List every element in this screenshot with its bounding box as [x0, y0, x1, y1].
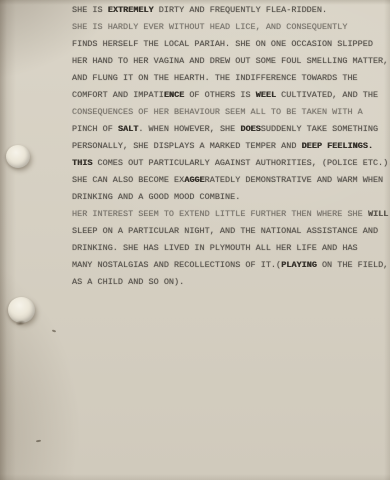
text-segment: DRINKING. SHE HAS LIVED IN PLYMOUTH ALL … [72, 243, 358, 253]
text-segment: MANY NOSTALGIAS AND RECOLLECTIONS OF IT.… [72, 260, 281, 270]
text-segment: PINCH OF [72, 124, 118, 134]
text-segment: ON THE FIELD, [317, 260, 388, 270]
text-segment: DIRTY AND FREQUENTLY FLEA-RIDDEN. [154, 5, 327, 15]
text-segment: AS A CHILD AND SO ON). [72, 277, 184, 287]
text-line: SLEEP ON A PARTICULAR NIGHT, AND THE NAT… [72, 223, 388, 240]
text-line: THIS COMES OUT PARTICULARLY AGAINST AUTH… [72, 155, 388, 172]
text-line: DRINKING AND A GOOD MOOD COMBINE. [72, 189, 388, 206]
text-segment: HER INTEREST SEEM TO EXTEND LITTLE FURTH… [72, 209, 368, 219]
text-line: SHE IS HARDLY EVER WITHOUT HEAD LICE, AN… [72, 19, 388, 36]
text-segment: DRINKING AND A GOOD MOOD COMBINE. [72, 192, 240, 202]
text-line: AS A CHILD AND SO ON). [72, 274, 388, 291]
text-line: AND FLUNG IT ON THE HEARTH. THE INDIFFER… [72, 70, 388, 87]
text-segment: HER HAND TO HER VAGINA AND DREW OUT SOME… [72, 56, 388, 66]
text-segment: CULTIVATED, AND THE [276, 90, 378, 100]
text-segment: COMES OUT PARTICULARLY AGAINST AUTHORITI… [92, 158, 390, 168]
paper-speck [36, 440, 41, 443]
text-line: MANY NOSTALGIAS AND RECOLLECTIONS OF IT.… [72, 257, 388, 274]
paper-speck [52, 329, 56, 332]
text-line: DRINKING. SHE HAS LIVED IN PLYMOUTH ALL … [72, 240, 388, 257]
text-segment: . WHEN HOWEVER, SHE [138, 124, 240, 134]
text-line: SHE CAN ALSO BECOME EXAGGERATEDLY DEMONS… [72, 172, 388, 189]
text-line: COMFORT AND IMPATIENCE OF OTHERS IS WEEL… [72, 87, 388, 104]
text-segment: FINDS HERSELF THE LOCAL PARIAH. SHE ON O… [72, 39, 373, 49]
paper-hole-top [6, 145, 30, 168]
overstruck-text: PLAYING [281, 260, 317, 270]
text-line: PERSONALLY, SHE DISPLAYS A MARKED TEMPER… [72, 138, 388, 155]
text-line: CONSEQUENCES OF HER BEHAVIOUR SEEM ALL T… [72, 104, 388, 121]
text-segment: PERSONALLY, SHE DISPLAYS A MARKED TEMPER… [72, 141, 302, 151]
typewritten-text: SHE IS EXTREMELY DIRTY AND FREQUENTLY FL… [72, 2, 388, 291]
overstruck-text: DOES [240, 124, 260, 134]
text-line: FINDS HERSELF THE LOCAL PARIAH. SHE ON O… [72, 36, 388, 53]
text-line: HER INTEREST SEEM TO EXTEND LITTLE FURTH… [72, 206, 388, 223]
overstruck-text: DEEP FEELINGS. [302, 141, 373, 151]
text-segment: AND FLUNG IT ON THE HEARTH. THE INDIFFER… [72, 73, 358, 83]
overstruck-text: THIS [72, 158, 92, 168]
overstruck-text: ENCE [164, 90, 184, 100]
text-line: PINCH OF SALT. WHEN HOWEVER, SHE DOESSUD… [72, 121, 388, 138]
text-segment: RATEDLY DEMONSTRATIVE AND WARM WHEN [205, 175, 384, 185]
overstruck-text: SALT [118, 124, 138, 134]
text-segment: SHE IS HARDLY EVER WITHOUT HEAD LICE, AN… [72, 22, 347, 32]
text-segment: SHE IS [72, 5, 108, 15]
overstruck-text: AGGE [184, 175, 204, 185]
text-line: SHE IS EXTREMELY DIRTY AND FREQUENTLY FL… [72, 2, 388, 19]
text-segment: SHE CAN ALSO BECOME EX [72, 175, 184, 185]
text-segment: SUDDENLY TAKE SOMETHING [261, 124, 378, 134]
text-segment: OF OTHERS IS [184, 90, 255, 100]
overstruck-text: EXTREMELY [108, 5, 154, 15]
overstruck-text: WILL [368, 209, 388, 219]
text-segment: SLEEP ON A PARTICULAR NIGHT, AND THE NAT… [72, 226, 378, 236]
text-segment: CONSEQUENCES OF HER BEHAVIOUR SEEM ALL T… [72, 107, 363, 117]
text-segment: COMFORT AND IMPATI [72, 90, 164, 100]
paper-smudge [14, 319, 26, 327]
text-line: HER HAND TO HER VAGINA AND DREW OUT SOME… [72, 53, 388, 70]
document-page: SHE IS EXTREMELY DIRTY AND FREQUENTLY FL… [0, 0, 390, 480]
overstruck-text: WEEL [256, 90, 276, 100]
